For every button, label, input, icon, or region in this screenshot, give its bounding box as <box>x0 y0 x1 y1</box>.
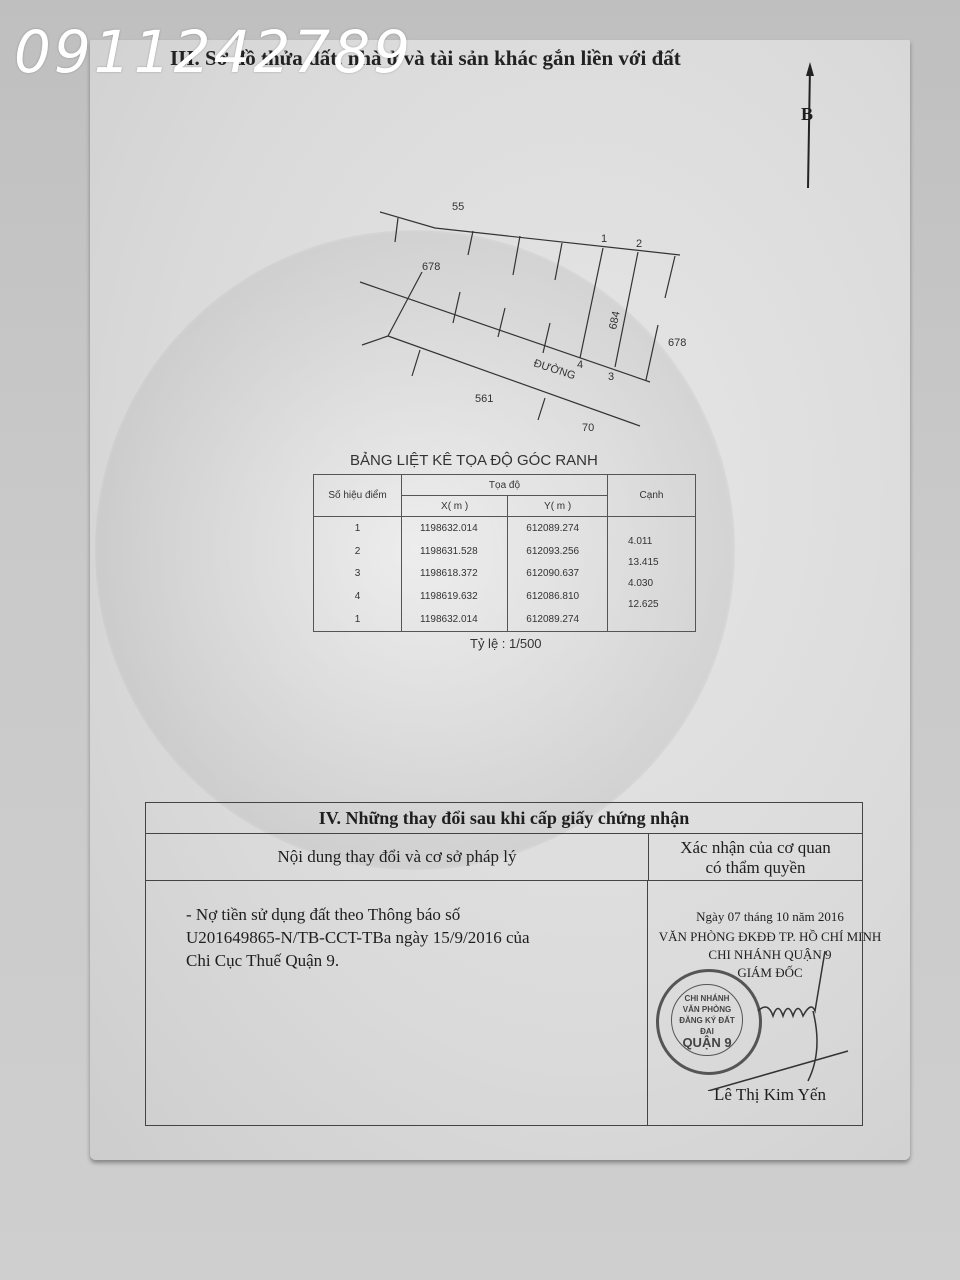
signer-name: Lê Thị Kim Yến <box>648 1085 892 1105</box>
map-label-678-right: 678 <box>668 337 686 349</box>
north-arrow-icon <box>795 62 825 192</box>
signature-icon <box>688 941 888 1091</box>
edge-value: 12.625 <box>628 594 694 615</box>
confirmation-date: Ngày 07 tháng 10 năm 2016 <box>648 909 892 925</box>
cell-point: 1 <box>314 608 402 631</box>
cell-x: 1198619.632 <box>402 585 508 608</box>
cell-x: 1198632.014 <box>402 517 508 540</box>
content-line: Chi Cục Thuế Quận 9. <box>186 949 647 972</box>
content-line: - Nợ tiền sử dụng đất theo Thông báo số <box>186 903 647 926</box>
map-label-678-left: 678 <box>422 261 440 273</box>
phone-watermark: 0911242789 <box>14 18 413 86</box>
cell-x: 1198632.014 <box>402 608 508 631</box>
map-point-3: 3 <box>608 371 614 383</box>
cell-y: 612089.274 <box>508 517 608 540</box>
cell-y: 612089.274 <box>508 608 608 631</box>
parcel-map: 55 678 678 561 70 684 ĐƯỜNG 1 2 3 4 <box>340 190 700 440</box>
cell-y: 612093.256 <box>508 540 608 563</box>
header-x: X( m ) <box>402 496 508 517</box>
col2-header-line1: Xác nhận của cơ quan <box>649 838 862 858</box>
confirmation-block: Ngày 07 tháng 10 năm 2016 VĂN PHÒNG ĐKĐĐ… <box>648 881 862 1125</box>
cell-y: 612090.637 <box>508 563 608 586</box>
cell-point: 1 <box>314 517 402 540</box>
header-point: Số hiệu điểm <box>314 475 402 517</box>
map-point-2: 2 <box>636 238 642 250</box>
cell-y: 612086.810 <box>508 585 608 608</box>
cell-point: 3 <box>314 563 402 586</box>
map-point-1: 1 <box>601 233 607 245</box>
header-coords: Tọa độ <box>402 475 608 496</box>
cell-x: 1198631.528 <box>402 540 508 563</box>
map-label-road: ĐƯỜNG <box>532 356 577 382</box>
cell-point: 2 <box>314 540 402 563</box>
cell-x: 1198618.372 <box>402 563 508 586</box>
edge-list: 4.011 13.415 4.030 12.625 <box>608 517 696 632</box>
col1-header: Nội dung thay đổi và cơ sở pháp lý <box>146 834 649 880</box>
map-label-55: 55 <box>452 201 464 213</box>
header-edge: Cạnh <box>608 475 696 517</box>
edge-value: 4.011 <box>628 531 694 552</box>
edge-value: 4.030 <box>628 573 694 594</box>
col2-header-line2: có thẩm quyền <box>649 858 862 878</box>
cell-point: 4 <box>314 585 402 608</box>
coord-table-title: BẢNG LIỆT KÊ TỌA ĐỘ GÓC RANH <box>350 452 598 469</box>
change-content: - Nợ tiền sử dụng đất theo Thông báo số … <box>146 881 648 1125</box>
map-label-684: 684 <box>607 310 623 330</box>
coord-table: Số hiệu điểm Tọa độ Cạnh X( m ) Y( m ) 1… <box>313 474 696 632</box>
map-point-4: 4 <box>577 359 583 371</box>
north-label: B <box>801 104 813 125</box>
map-label-561: 561 <box>475 393 493 405</box>
content-line: U201649865-N/TB-CCT-TBa ngày 15/9/2016 c… <box>186 926 647 949</box>
section4-title: IV. Những thay đổi sau khi cấp giấy chứn… <box>146 803 862 834</box>
map-scale: Tỷ lệ : 1/500 <box>470 636 542 651</box>
section4-table: IV. Những thay đổi sau khi cấp giấy chứn… <box>145 802 863 1126</box>
header-y: Y( m ) <box>508 496 608 517</box>
col2-header: Xác nhận của cơ quan có thẩm quyền <box>649 834 862 880</box>
edge-value: 13.415 <box>628 552 694 573</box>
table-row: 1 1198632.014 612089.274 4.011 13.415 4.… <box>314 517 696 540</box>
map-label-70: 70 <box>582 422 594 434</box>
